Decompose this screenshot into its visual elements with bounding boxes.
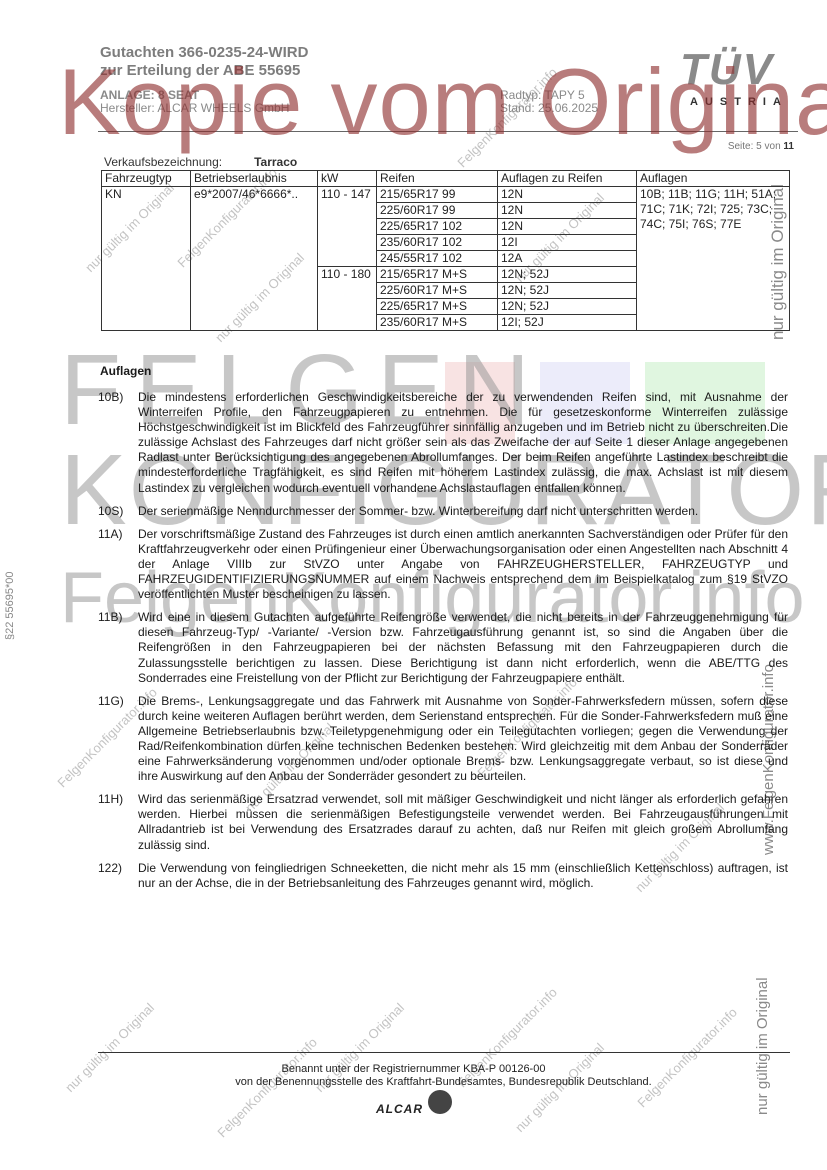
diag-watermark: FelgenKonfigurator.info — [634, 1005, 740, 1111]
model-name: Tarraco — [254, 155, 297, 169]
cell-reifen: 225/65R17 M+S — [377, 299, 498, 315]
alcar-emblem-icon — [428, 1090, 452, 1114]
alcar-logo: ALCAR — [376, 1090, 456, 1120]
cell-auflagen-reifen: 12N; 52J — [498, 267, 637, 283]
alcar-logo-text: ALCAR — [376, 1102, 423, 1116]
cell-kw: 110 - 180 — [318, 267, 377, 331]
side-reference: §22 55695*00 — [4, 571, 16, 640]
auflagen-list: 10B)Die mindestens erforderlichen Geschw… — [98, 390, 788, 899]
item-code: 11G) — [98, 694, 138, 785]
cell-auflagen-reifen: 12I — [498, 235, 637, 251]
col-reifen: Reifen — [377, 171, 498, 187]
item-text: Wird das serienmäßige Ersatzrad verwende… — [138, 792, 788, 852]
cell-reifen: 225/60R17 M+S — [377, 283, 498, 299]
cell-reifen: 215/65R17 M+S — [377, 267, 498, 283]
footer-line-2: von der Benennungsstelle des Kraftfahrt-… — [0, 1076, 827, 1088]
cell-reifen: 245/55R17 102 — [377, 251, 498, 267]
cell-reifen: 225/60R17 99 — [377, 203, 498, 219]
list-item: 122)Die Verwendung von feingliedrigen Sc… — [98, 861, 788, 891]
side-watermark-bottom: nur gültig im Original — [754, 977, 771, 1115]
table-row: KN e9*2007/46*6666*.. 110 - 147 215/65R1… — [102, 187, 790, 203]
cell-auflagen: 10B; 11B; 11G; 11H; 51A; 71C; 71K; 72I; … — [637, 187, 790, 331]
cell-reifen: 235/60R17 M+S — [377, 315, 498, 331]
footer-line-1: Benannt unter der Registriernummer KBA-P… — [0, 1063, 827, 1075]
cell-kw: 110 - 147 — [318, 187, 377, 267]
item-code: 11B) — [98, 610, 138, 685]
item-code: 10S) — [98, 504, 138, 519]
list-item: 11B)Wird eine in diesem Gutachten aufgef… — [98, 610, 788, 685]
cell-reifen: 215/65R17 99 — [377, 187, 498, 203]
copy-watermark: Kopie vom Original — [58, 52, 827, 152]
col-fahrzeugtyp: Fahrzeugtyp — [102, 171, 191, 187]
item-text: Der serienmäßige Nenndurchmesser der Som… — [138, 504, 788, 519]
item-code: 10B) — [98, 390, 138, 496]
cell-auflagen-reifen: 12I; 52J — [498, 315, 637, 331]
list-item: 11G)Die Brems-, Lenkungsaggregate und da… — [98, 694, 788, 785]
verkaufsbezeichnung: Verkaufsbezeichnung:Tarraco — [104, 155, 297, 169]
cell-auflagen-reifen: 12N; 52J — [498, 299, 637, 315]
tire-table: Fahrzeugtyp Betriebserlaubnis kW Reifen … — [101, 170, 790, 331]
auflagen-heading: Auflagen — [100, 364, 151, 378]
item-text: Die Brems-, Lenkungsaggregate und das Fa… — [138, 694, 788, 785]
item-code: 11A) — [98, 527, 138, 602]
cell-reifen: 235/60R17 102 — [377, 235, 498, 251]
footer-divider — [98, 1052, 790, 1053]
item-text: Der vorschriftsmäßige Zustand des Fahrze… — [138, 527, 788, 602]
item-code: 122) — [98, 861, 138, 891]
cell-betriebserlaubnis: e9*2007/46*6666*.. — [191, 187, 318, 331]
item-text: Wird eine in diesem Gutachten aufgeführt… — [138, 610, 788, 685]
list-item: 10B)Die mindestens erforderlichen Geschw… — [98, 390, 788, 496]
cell-auflagen-reifen: 12N — [498, 203, 637, 219]
col-auflagen: Auflagen — [637, 171, 790, 187]
list-item: 11A)Der vorschriftsmäßige Zustand des Fa… — [98, 527, 788, 602]
cell-auflagen-reifen: 12N; 52J — [498, 283, 637, 299]
cell-auflagen-reifen: 12N — [498, 187, 637, 203]
cell-reifen: 225/65R17 102 — [377, 219, 498, 235]
col-betriebserlaubnis: Betriebserlaubnis — [191, 171, 318, 187]
item-code: 11H) — [98, 792, 138, 852]
col-auflagen-reifen: Auflagen zu Reifen — [498, 171, 637, 187]
list-item: 10S)Der serienmäßige Nenndurchmesser der… — [98, 504, 788, 519]
cell-auflagen-reifen: 12N — [498, 219, 637, 235]
cell-auflagen-reifen: 12A — [498, 251, 637, 267]
item-text: Die Verwendung von feingliedrigen Schnee… — [138, 861, 788, 891]
item-text: Die mindestens erforderlichen Geschwindi… — [138, 390, 788, 496]
col-kw: kW — [318, 171, 377, 187]
list-item: 11H)Wird das serienmäßige Ersatzrad verw… — [98, 792, 788, 852]
cell-fahrzeugtyp: KN — [102, 187, 191, 331]
